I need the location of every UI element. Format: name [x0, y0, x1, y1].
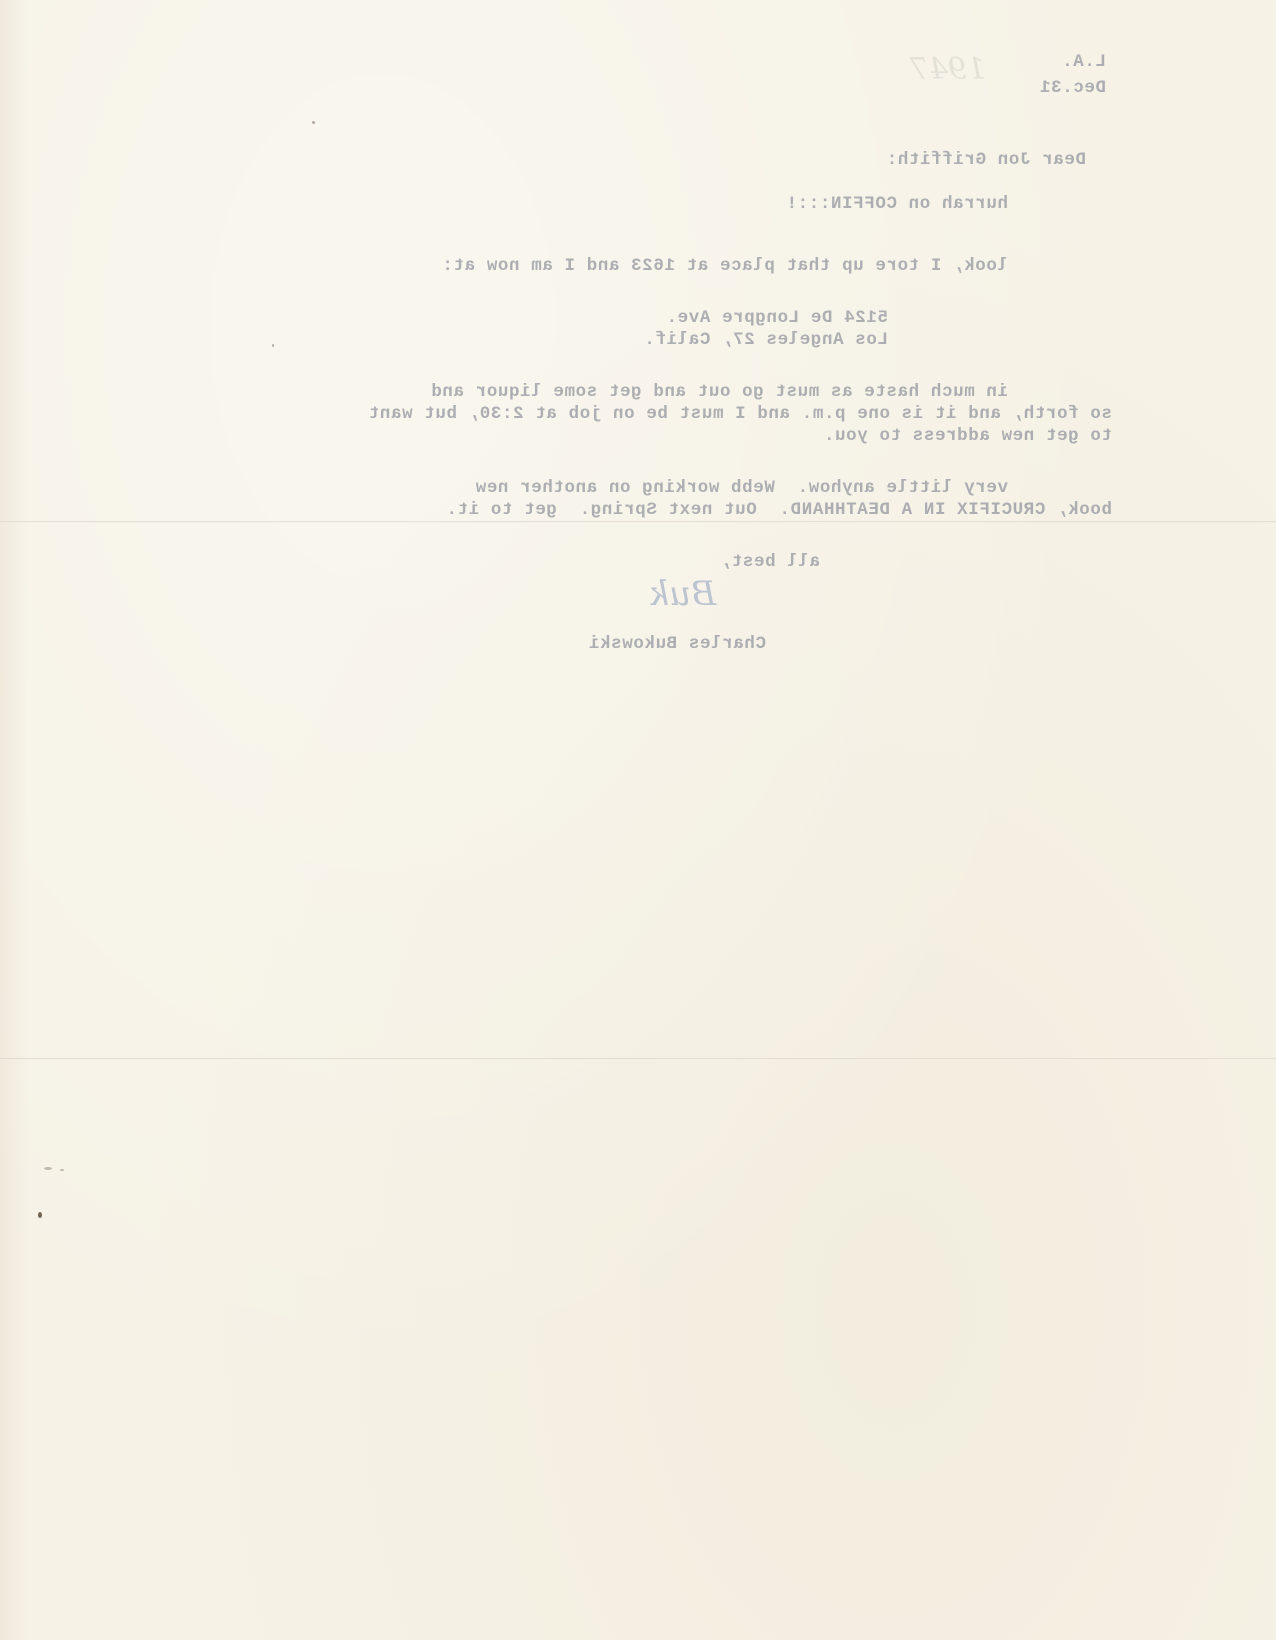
letter-line: to get new address to you.	[823, 426, 1112, 446]
show-through-letter: 1947 L.A. Dec.31 Dear Jon Griffith: hurr…	[0, 0, 1276, 1640]
letter-line: very little anyhow. Webb working on anot…	[475, 478, 1008, 498]
letter-line: hurrah on COFFIN:::!	[786, 194, 1008, 214]
letter-line: so forth, and it is one p.m. and I must …	[368, 404, 1112, 424]
letter-place: L.A.	[1062, 52, 1106, 72]
letter-address-street: 5124 De Longpre Ave.	[666, 308, 888, 328]
letter-line: in much haste as must go out and get som…	[431, 382, 1008, 402]
letter-line: book, CRUCIFIX IN A DEATHHAND. Out next …	[446, 500, 1112, 520]
typed-signature: Charles Bukowski	[588, 634, 766, 654]
handwritten-signature: Buk	[649, 574, 717, 614]
letter-closing: all best,	[720, 552, 820, 572]
letter-date: Dec.31	[1039, 78, 1106, 98]
letter-salutation: Dear Jon Griffith:	[886, 150, 1086, 170]
letter-address-city: Los Angeles 27, Calif.	[644, 330, 888, 350]
pencil-note: 1947	[910, 52, 986, 87]
letter-line: look, I tore up that place at 1623 and I…	[442, 256, 1008, 276]
